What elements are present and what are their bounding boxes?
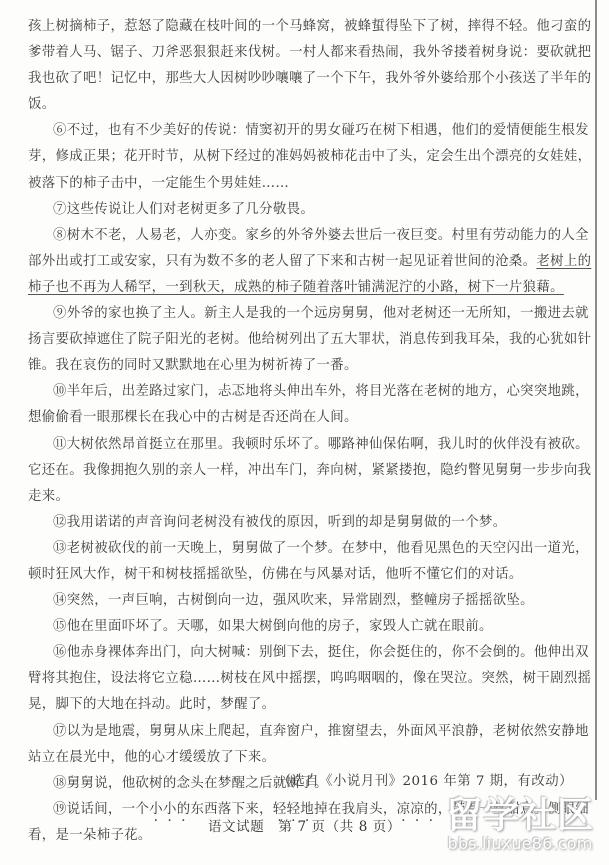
text-line: 我也砍了吧！记忆中，那些大人因树吵吵嚷嚷了一个下午，我外爷外婆给那个小孩送了半年…: [28, 66, 588, 92]
underlined-sentence: 柿子也不再为人稀罕，一到秋天，成熟的柿子随着落叶铺满泥泞的小路，树下一片狼藉。: [28, 280, 564, 295]
watermark-title: 留学社区: [440, 797, 600, 835]
text-line: 被落下的柿子击中，一定能生个男娃娃……: [28, 171, 588, 197]
text-line: 芽，修成正果；花开时节，从树下经过的准妈妈被柿花击中了头，定会生出个漂亮的女娃娃…: [28, 144, 588, 170]
text-line: 晃，脚下的大地在抖动。此时，梦醒了。: [28, 692, 588, 718]
paragraph-16-line: ⑯他赤身裸体奔出门，向大树喊：别倒下去，挺住，你会挺住的，你不会倒的。他伸出双: [28, 640, 588, 666]
paragraph-13-line: ⑬老树被砍伐的前一天晚上，舅舅做了一个梦。在梦中，他看见黑色的天空闪出一道光，: [28, 536, 588, 562]
text-line: 爹带着人马、锯子、刀斧恶狠狠赶来伐树。一村人都来看热闹，我外爷搂着树身说：要砍就…: [28, 40, 588, 66]
exam-page: 孩上树摘柿子，惹怒了隐藏在枝叶间的一个马蜂窝，被蜂蜇得坠下了树，摔得不轻。他刁蛮…: [0, 0, 609, 865]
text-segment: 部外出或打工或安家，只有为数不多的老人留了下来和古树一起见证着世间的沧桑。: [28, 254, 536, 269]
paragraph-17-line: ⑰以为是地震，舅舅从床上爬起，直奔窗户，推窗望去，外面风平浪静，老树依然安静地: [28, 719, 588, 745]
reading-passage: 孩上树摘柿子，惹怒了隐藏在枝叶间的一个马蜂窝，被蜂蜇得坠下了树，摔得不轻。他刁蛮…: [28, 14, 588, 849]
text-line: 想偷偷看一眼那棵长在我心中的古树是否还尚在人间。: [28, 405, 588, 431]
paragraph-6-line: ⑥不过，也有不少美好的传说：情窦初开的男女碰巧在树下相遇，他们的爱情便能生根发: [28, 118, 588, 144]
source-citation: （选自《小说月刊》2016 年第 7 期，有改动）: [277, 770, 573, 789]
paragraph-10-line: ⑩半年后，出差路过家门，忐忑地将头伸出车外，将目光落在老树的地方，心突突地跳，: [28, 379, 588, 405]
text-line: 臂将其抱住，设法将它立稳……树枝在风中摇摆，呜呜咽咽的，像在哭泣。突然，树干剧烈…: [28, 666, 588, 692]
text-line: 锥。我在哀伤的同时又默默地在心里为树祈祷了一番。: [28, 353, 588, 379]
text-line: 顿时狂风大作，树干和树枝摇摇欲坠，仿佛在与风暴对话，他听不懂它们的对话。: [28, 562, 588, 588]
site-watermark: 留学社区 bbs.liuxue86.com: [440, 797, 600, 859]
paragraph-14-line: ⑭突然，一声巨响，古树倒向一边，强风吹来，异常剧烈，整幢房子摇摇欲坠。: [28, 588, 588, 614]
text-line: 走来。: [28, 484, 588, 510]
text-line: 它还在。我像拥抱久别的亲人一样，冲出车门，奔向树，紧紧搂抱，隐约瞥见舅舅一步步向…: [28, 458, 588, 484]
text-line: 饭。: [28, 92, 588, 118]
paragraph-8-line: ⑧树木不老，人易老，人亦变。家乡的外爷外婆去世后一夜巨变。村里有劳动能力的人全: [28, 223, 588, 249]
text-line: 柿子也不再为人稀罕，一到秋天，成熟的柿子随着落叶铺满泥泞的小路，树下一片狼藉。: [28, 275, 588, 301]
page-border-rule: [595, 0, 597, 800]
paragraph-9-line: ⑨外爷的家也换了主人。新主人是我的一个远房舅舅，他对老树还一无所知，一搬进去就: [28, 301, 588, 327]
paragraph-7-line: ⑦这些传说让人们对老树更多了几分敬畏。: [28, 197, 588, 223]
watermark-url: bbs.liuxue86.com: [440, 835, 600, 853]
text-line: 部外出或打工或安家，只有为数不多的老人留了下来和古树一起见证着世间的沧桑。老树上…: [28, 249, 588, 275]
text-line: 扬言要砍掉遮住了院子阳光的老树。他给树列出了五大罪状，消息传到我耳朵，我的心犹如…: [28, 327, 588, 353]
underlined-sentence: 老树上的: [536, 254, 591, 269]
paragraph-15-line: ⑮他在里面吓坏了。天哪，如果大树倒向他的房子，家毁人亡就在眼前。: [28, 614, 588, 640]
paragraph-12-line: ⑫我用诺诺的声音询问老树没有被伐的原因，听到的却是舅舅做的一个梦。: [28, 510, 588, 536]
text-line: 站立在晨光中，他的心才缓缓放了下来。: [28, 745, 588, 771]
paragraph-11-line: ⑪大树依然昂首挺立在那里。我顿时乐坏了。哪路神仙保佑啊，我儿时的伙伴没有被砍。: [28, 432, 588, 458]
text-line: 孩上树摘柿子，惹怒了隐藏在枝叶间的一个马蜂窝，被蜂蜇得坠下了树，摔得不轻。他刁蛮…: [28, 14, 588, 40]
